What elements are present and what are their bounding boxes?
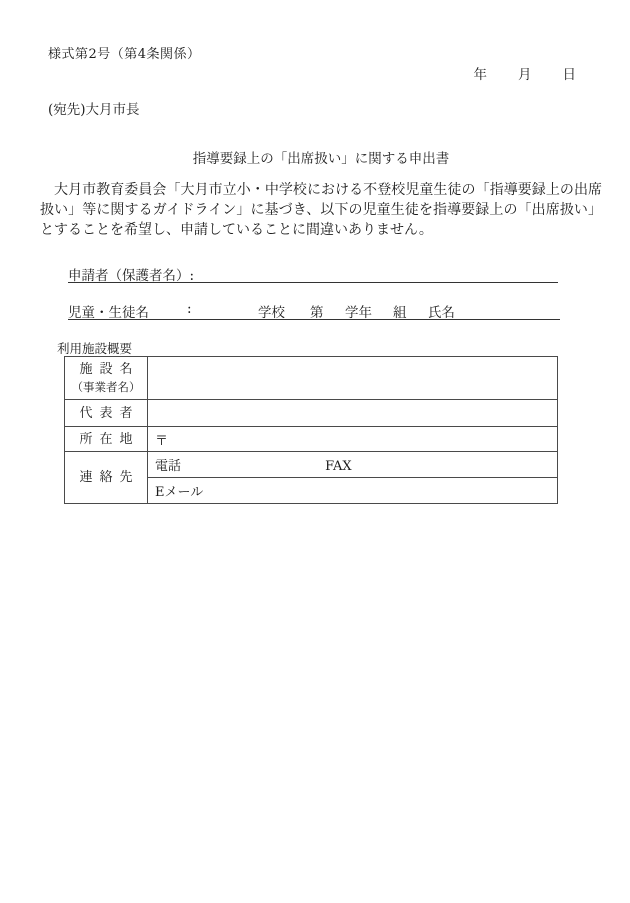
date-month-label: 月 [518,63,532,83]
document-page: 様式第2号（第4条関係） 年 月 日 (宛先)大月市長 指導要録上の「出席扱い」… [0,0,630,903]
facility-name-label-cell: 施設名 （事業者名） [65,357,148,400]
representative-value-cell [148,400,558,427]
phone-fax-value-cell: 電話 FAX [148,452,558,478]
facility-section-heading: 利用施設概要 [57,339,132,357]
applicant-label: 申請者（保護者名）: [68,268,194,284]
student-name-colon: : [187,301,192,317]
name-label: 氏名 [428,301,455,321]
class-label: 組 [393,301,407,321]
facility-name-value-cell [148,357,558,400]
representative-label-cell: 代表者 [65,400,148,427]
address-value-cell: 〒 [148,427,558,452]
addressee: (宛先)大月市長 [48,98,140,118]
date-line: 年 月 日 [474,63,577,83]
facility-name-label: 施設名 [65,360,147,379]
form-number: 様式第2号（第4条関係） [48,43,201,62]
applicant-signature-line: 申請者（保護者名）: [68,264,558,283]
email-value-cell: Eメール [148,478,558,504]
facility-overview-table: 施設名 （事業者名） 代表者 所在地 〒 [64,356,558,504]
address-label-cell: 所在地 [65,427,148,452]
body-paragraph: 大月市教育委員会「大月市立小・中学校における不登校児童生徒の「指導要録上の出席扱… [40,180,602,240]
student-name-line: 児童・生徒名 : 学校 第 学年 組 氏名 [68,301,560,320]
table-row-facility-name: 施設名 （事業者名） [65,357,558,400]
representative-label: 代表者 [65,404,147,423]
postal-mark: 〒 [155,434,168,449]
document-title: 指導要録上の「出席扱い」に関する申出書 [40,147,602,167]
table-row-representative: 代表者 [65,400,558,427]
address-label: 所在地 [65,430,147,449]
grade-ordinal-label: 第 [310,301,324,321]
student-name-label: 児童・生徒名 [68,301,149,321]
contact-label: 連絡先 [65,468,147,487]
school-label: 学校 [258,301,285,321]
contact-label-cell: 連絡先 [65,452,148,504]
email-label: Eメール [155,485,203,500]
table-row-phone-fax: 連絡先 電話 FAX [65,452,558,478]
facility-operator-label: （事業者名） [65,379,147,396]
date-day-label: 日 [563,63,577,83]
fax-label: FAX [325,459,352,474]
table-row-address: 所在地 〒 [65,427,558,452]
grade-label: 学年 [345,301,372,321]
date-year-label: 年 [474,63,488,83]
phone-label: 電話 [155,459,181,474]
